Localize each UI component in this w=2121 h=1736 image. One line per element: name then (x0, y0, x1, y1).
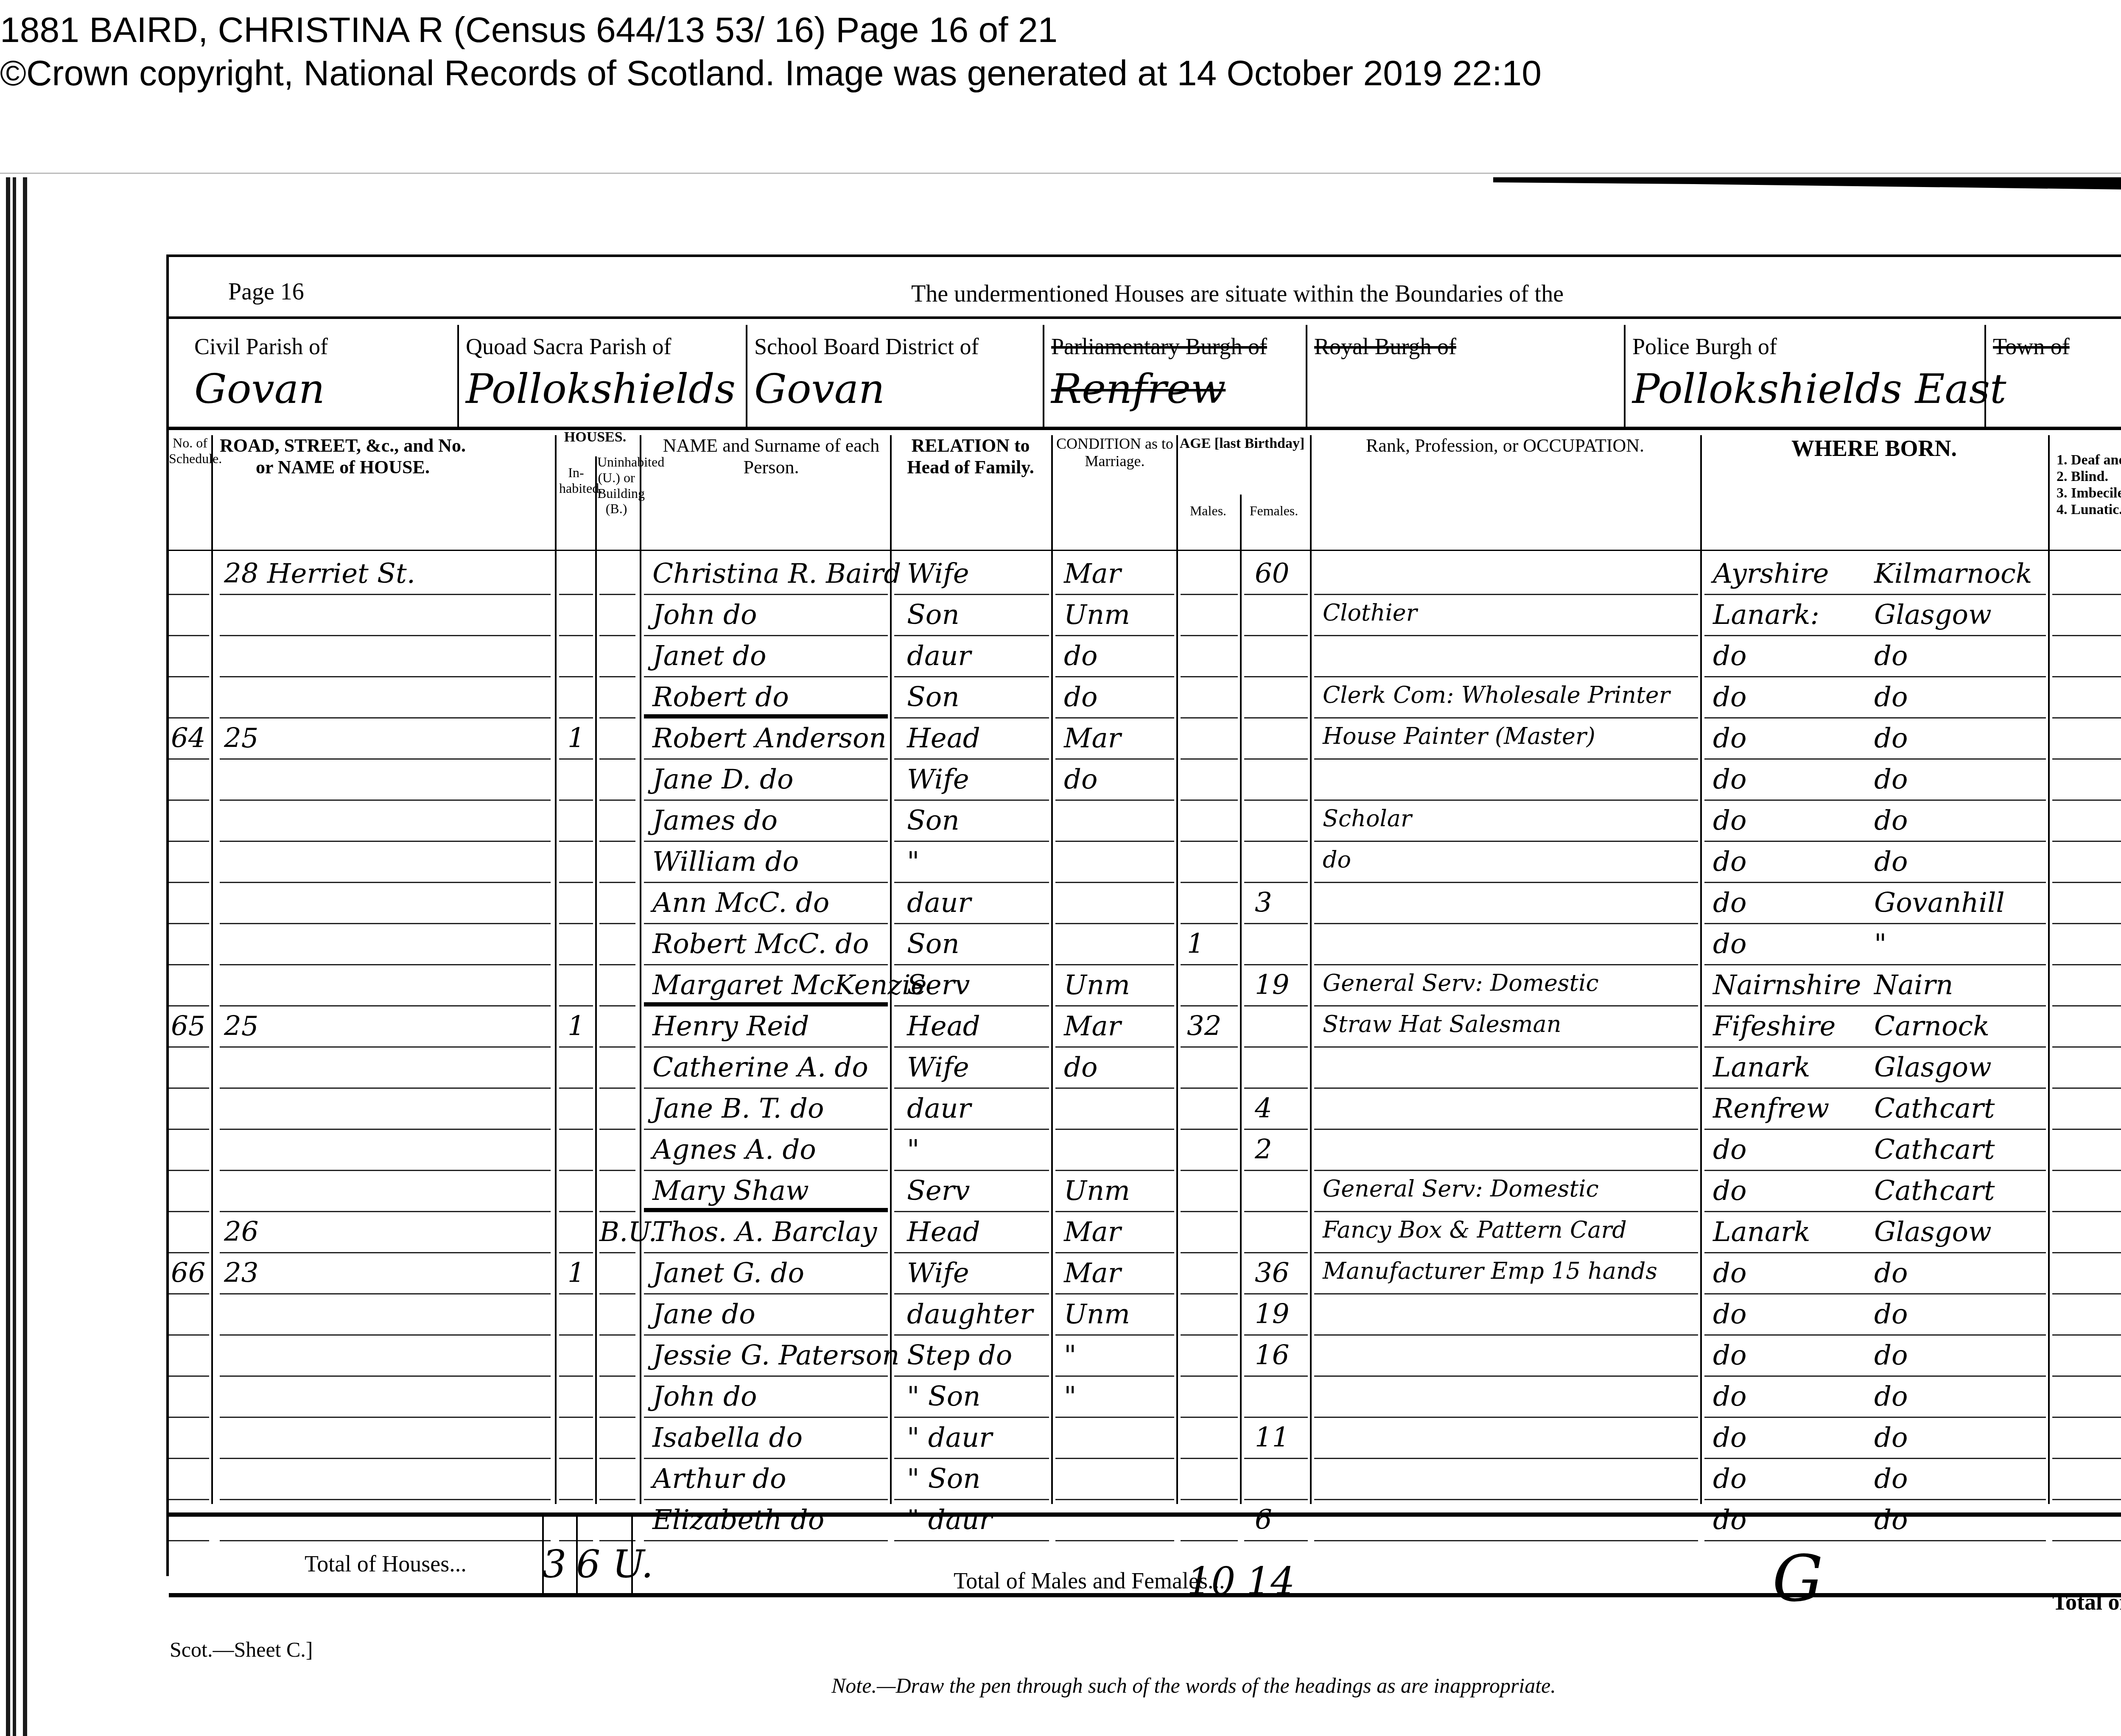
area-value: Govan (754, 365, 885, 413)
condition-cell: Mar (1064, 723, 1121, 754)
relation-cell: daughter (907, 1299, 1033, 1330)
address-cell: 25 (224, 723, 258, 754)
examiner-mark: G (1772, 1542, 1823, 1616)
born-county-cell: do (1713, 682, 1747, 713)
name-cell: Jane do (652, 1299, 756, 1330)
col-road: ROAD, STREET, &c., and No. or NAME of HO… (215, 435, 470, 550)
born-county-cell: do (1713, 1299, 1747, 1330)
born-parish-cell: Nairn (1874, 970, 1953, 1001)
table-row: Isabella do" daur11dodo (169, 1418, 2121, 1459)
born-parish-cell: " (1874, 928, 1886, 960)
table-row: 64251Robert AndersonHeadMarHouse Painter… (169, 718, 2121, 760)
female-age-cell: 2 (1255, 1134, 1272, 1166)
relation-cell: Wife (907, 558, 969, 590)
table-row: Agnes A. do"2doCathcart (169, 1130, 2121, 1171)
area-parliamentary-burgh-of: Parliamentary Burgh ofRenfrew (1051, 325, 1306, 427)
born-county-cell: Renfrew (1713, 1093, 1829, 1124)
relation-cell: Head (907, 723, 980, 754)
occupation-cell: Scholar (1323, 805, 1412, 832)
born-county-cell: do (1713, 1381, 1747, 1412)
table-row: 66231Janet G. doWifeMar36Manufacturer Em… (169, 1253, 2121, 1294)
address-cell: 23 (224, 1258, 258, 1289)
female-age-cell: 19 (1255, 970, 1289, 1001)
female-age-cell: 60 (1255, 558, 1289, 590)
page-label: Page 16 (228, 278, 304, 305)
condition-cell: Mar (1064, 1011, 1121, 1042)
name-cell: Arthur do (652, 1463, 786, 1495)
relation-cell: daur (907, 1093, 971, 1124)
born-parish-cell: do (1874, 764, 1908, 795)
born-parish-cell: do (1874, 805, 1908, 836)
area-value: Renfrew (1051, 365, 1226, 413)
whether-list: 1. Deaf and Dumb.2. Blind.3. Imbecile or… (2057, 452, 2121, 518)
col-rule (631, 1517, 633, 1593)
area-quoad-sacra-parish-of: Quoad Sacra Parish ofPollokshields (466, 325, 746, 427)
uninhabited-cell: B.U. (599, 1216, 657, 1248)
area-divider (1043, 325, 1044, 427)
female-age-cell: 19 (1255, 1299, 1289, 1330)
condition-cell: Unm (1064, 1299, 1130, 1330)
born-parish-cell: Govanhill (1874, 887, 2005, 919)
whether-item: 4. Lunatic. (2057, 501, 2121, 518)
born-parish-cell: do (1874, 1340, 1908, 1371)
relation-cell: " (907, 1134, 919, 1166)
born-parish-cell: Carnock (1874, 1011, 1989, 1042)
area-label: School Board District of (754, 333, 979, 360)
col-uninhabited: Uninhabited (U.) or Building (B.) (597, 454, 635, 569)
relation-cell: Serv (907, 1175, 970, 1207)
name-cell: Jane B. T. do (652, 1093, 824, 1124)
born-parish-cell: Glasgow (1874, 1052, 1992, 1083)
table-row: Ann McC. dodaur3doGovanhill (169, 883, 2121, 924)
name-cell: Janet do (652, 640, 766, 672)
relation-cell: Step do (907, 1340, 1012, 1371)
relation-cell: " (907, 846, 919, 878)
relation-cell: Son (907, 928, 960, 960)
area-civil-parish-of: Civil Parish ofGovan (194, 325, 457, 427)
whether-item: 1. Deaf and Dumb. (2057, 452, 2121, 468)
total-persons-label: Total of Males and Females... (954, 1568, 1225, 1594)
name-cell: Agnes A. do (652, 1134, 816, 1166)
table-row: Jessie G. PatersonStep do"16dodo (169, 1336, 2121, 1377)
name-cell: Robert do (652, 682, 789, 713)
table-row: Jane dodaughterUnm19dodo (169, 1294, 2121, 1336)
name-cell: Isabella do (652, 1422, 803, 1454)
name-cell: Jessie G. Paterson (652, 1340, 900, 1371)
table-row: Jane D. doWifedododo (169, 760, 2121, 801)
born-county-cell: Fifeshire (1713, 1011, 1836, 1042)
total-houses-inhabited: 3 (542, 1542, 566, 1587)
occupation-cell: Manufacturer Emp 15 hands (1323, 1258, 1657, 1284)
col-condition: CONDITION as to Marriage. (1055, 435, 1174, 550)
relation-cell: Serv (907, 970, 970, 1001)
female-age-cell: 3 (1255, 887, 1272, 919)
born-county-cell: do (1713, 1258, 1747, 1289)
relation-cell: Wife (907, 1258, 969, 1289)
area-school-board-district-of: School Board District ofGovan (754, 325, 1043, 427)
address-cell: 25 (224, 1011, 258, 1042)
page-binding-left (6, 177, 36, 1736)
born-county-cell: Ayrshire (1713, 558, 1829, 590)
name-cell: John do (652, 1381, 757, 1412)
born-parish-cell: Cathcart (1874, 1134, 1995, 1166)
name-cell: Henry Reid (652, 1011, 809, 1042)
table-row: John doSonUnmClothierLanark:Glasgow (169, 595, 2121, 636)
relation-cell: daur (907, 640, 971, 672)
born-parish-cell: do (1874, 682, 1908, 713)
area-divider (1624, 325, 1626, 427)
condition-cell: do (1064, 682, 1098, 713)
born-county-cell: Lanark: (1713, 599, 1819, 631)
schedule-cell: 66 (171, 1258, 205, 1289)
born-parish-cell: do (1874, 640, 1908, 672)
col-whether: Whether 1. Deaf and Dumb.2. Blind.3. Imb… (2057, 435, 2121, 550)
table-row: Robert doSondoClerk Com: Wholesale Print… (169, 677, 2121, 718)
area-label: Quoad Sacra Parish of (466, 333, 671, 360)
row-rule (644, 714, 888, 718)
table-row: Arthur do" Sondodo (169, 1459, 2121, 1500)
rule (169, 1593, 2121, 1597)
copyright-line: ©Crown copyright, National Records of Sc… (0, 55, 1542, 91)
page-fold-shadow (1493, 177, 2121, 194)
born-parish-cell: do (1874, 1422, 1908, 1454)
born-parish-cell: Cathcart (1874, 1175, 1995, 1207)
table-row: William do"dododo (169, 842, 2121, 883)
relation-cell: " daur (907, 1422, 992, 1454)
relation-cell: Wife (907, 764, 969, 795)
col-where-born: WHERE BORN. (1704, 435, 2044, 550)
name-cell: Ann McC. do (652, 887, 829, 919)
census-sheet: Page 16 The undermentioned Houses are si… (166, 254, 2121, 1576)
whether-title: Whether (2057, 435, 2121, 452)
area-police-burgh-of: Police Burgh ofPollokshields East (1632, 325, 1984, 427)
whether-item: 2. Blind. (2057, 468, 2121, 485)
occupation-cell: Straw Hat Salesman (1323, 1011, 1561, 1037)
condition-cell: Mar (1064, 1216, 1121, 1248)
born-parish-cell: do (1874, 1299, 1908, 1330)
col-relation: RELATION to Head of Family. (894, 435, 1047, 550)
relation-cell: " Son (907, 1463, 980, 1495)
area-value: Govan (194, 365, 325, 413)
area-royal-burgh-of: Royal Burgh of (1314, 325, 1628, 427)
header-divider (0, 173, 2121, 174)
table-row: Margaret McKenzieServUnm19General Serv: … (169, 965, 2121, 1006)
name-cell: Christina R. Baird (652, 558, 901, 590)
col-schedule: No. of Schedule. (169, 435, 211, 550)
female-age-cell: 4 (1255, 1093, 1272, 1124)
name-cell: Robert Anderson (652, 723, 887, 754)
born-county-cell: do (1713, 1422, 1747, 1454)
born-parish-cell: do (1874, 723, 1908, 754)
name-cell: Thos. A. Barclay (652, 1216, 877, 1248)
born-parish-cell: Glasgow (1874, 599, 1992, 631)
inhabited-cell: 1 (568, 1011, 585, 1042)
rule (169, 1512, 2121, 1517)
occupation-cell: General Serv: Domestic (1323, 970, 1599, 996)
form-note: Note.—Draw the pen through such of the w… (831, 1673, 1556, 1698)
area-label: Police Burgh of (1632, 333, 1777, 360)
relation-cell: Son (907, 682, 960, 713)
area-value: Pollokshields (466, 365, 736, 413)
occupation-cell: Clothier (1323, 599, 1417, 626)
area-label: Town of (1993, 333, 2070, 360)
condition-cell: Unm (1064, 599, 1130, 631)
born-parish-cell: Glasgow (1874, 1216, 1992, 1248)
name-cell: James do (652, 805, 778, 836)
relation-cell: Wife (907, 1052, 969, 1083)
rule (169, 427, 2121, 430)
born-parish-cell: Cathcart (1874, 1093, 1995, 1124)
condition-cell: " (1064, 1381, 1076, 1412)
name-cell: William do (652, 846, 799, 878)
condition-cell: " (1064, 1340, 1076, 1371)
table-row: Mary ShawServUnmGeneral Serv: Domesticdo… (169, 1171, 2121, 1212)
born-county-cell: Lanark (1713, 1052, 1810, 1083)
area-divider (1306, 325, 1307, 427)
area-town-of: Town of (1993, 325, 2121, 427)
born-county-cell: do (1713, 640, 1747, 672)
born-parish-cell: Kilmarnock (1874, 558, 2032, 590)
occupation-cell: do (1323, 846, 1351, 873)
occupation-cell: General Serv: Domestic (1323, 1175, 1599, 1202)
born-parish-cell: do (1874, 1381, 1908, 1412)
name-cell: Mary Shaw (652, 1175, 809, 1207)
sheet-label: Scot.—Sheet C.] (170, 1637, 313, 1662)
born-county-cell: Lanark (1713, 1216, 1810, 1248)
area-label: Royal Burgh of (1314, 333, 1456, 360)
born-county-cell: do (1713, 887, 1747, 919)
born-county-cell: do (1713, 1463, 1747, 1495)
row-rule (644, 1208, 888, 1212)
name-cell: Margaret McKenzie (652, 970, 927, 1001)
occupation-cell: Fancy Box & Pattern Card (1323, 1216, 1627, 1243)
schedule-cell: 64 (171, 723, 205, 754)
condition-cell: do (1064, 1052, 1098, 1083)
born-county-cell: do (1713, 1134, 1747, 1166)
area-label: Civil Parish of (194, 333, 328, 360)
table-row: Catherine A. doWifedoLanarkGlasgow (169, 1048, 2121, 1089)
condition-cell: do (1064, 640, 1098, 672)
female-age-cell: 36 (1255, 1258, 1289, 1289)
born-county-cell: do (1713, 1175, 1747, 1207)
total-houses-label: Total of Houses... (305, 1551, 467, 1577)
relation-cell: Son (907, 599, 960, 631)
condition-cell: Unm (1064, 1175, 1130, 1207)
relation-cell: " Son (907, 1381, 980, 1412)
situate-heading: The undermentioned Houses are situate wi… (911, 280, 1564, 308)
col-rule (576, 1517, 578, 1593)
name-cell: Robert McC. do (652, 928, 869, 960)
name-cell: Catherine A. do (652, 1052, 868, 1083)
col-name: NAME and Surname of each Person. (661, 435, 881, 550)
table-row: 65251Henry ReidHeadMar32Straw Hat Salesm… (169, 1006, 2121, 1048)
condition-cell: do (1064, 764, 1098, 795)
area-divider (746, 325, 747, 427)
name-cell: Jane D. do (652, 764, 793, 795)
area-divider (1984, 325, 1986, 427)
name-cell: John do (652, 599, 757, 631)
born-county-cell: do (1713, 846, 1747, 878)
table-row: John do" Son"dodo (169, 1377, 2121, 1418)
area-label: Parliamentary Burgh of (1051, 333, 1267, 360)
born-parish-cell: do (1874, 846, 1908, 878)
relation-cell: Head (907, 1216, 980, 1248)
name-cell: Janet G. do (652, 1258, 804, 1289)
female-age-cell: 16 (1255, 1340, 1289, 1371)
relation-cell: Son (907, 805, 960, 836)
born-county-cell: do (1713, 928, 1747, 960)
table-row: Janet dodaurdododo (169, 636, 2121, 677)
table-row: Robert McC. doSon1do" (169, 924, 2121, 965)
born-county-cell: do (1713, 805, 1747, 836)
born-county-cell: do (1713, 1340, 1747, 1371)
totals-row: Total of Houses... 3 6 U. Total of Males… (169, 1517, 2121, 1619)
relation-cell: daur (907, 887, 971, 919)
address-cell: 28 Herriet St. (224, 558, 415, 590)
table-row: Jane B. T. dodaur4RenfrewCathcart (169, 1089, 2121, 1130)
condition-cell: Mar (1064, 1258, 1121, 1289)
col-road-label: ROAD, STREET, &c., and No. or NAME of HO… (220, 435, 466, 478)
male-age-cell: 1 (1187, 928, 1204, 960)
male-age-cell: 32 (1187, 1011, 1221, 1042)
occupation-cell: Clerk Com: Wholesale Printer (1323, 682, 1670, 708)
born-county-cell: Nairnshire (1713, 970, 1861, 1001)
schedule-cell: 65 (171, 1011, 205, 1042)
born-parish-cell: do (1874, 1258, 1908, 1289)
female-age-cell: 11 (1255, 1422, 1289, 1454)
rule (169, 550, 2121, 551)
table-row: 26B.U.Thos. A. BarclayHeadMarFancy Box &… (169, 1212, 2121, 1253)
inhabited-cell: 1 (568, 723, 585, 754)
address-cell: 26 (224, 1216, 258, 1248)
condition-cell: Mar (1064, 558, 1121, 590)
col-houses: HOUSES. (559, 429, 631, 454)
rule (169, 316, 2121, 319)
area-divider (457, 325, 459, 427)
condition-cell: Unm (1064, 970, 1130, 1001)
relation-cell: Head (907, 1011, 980, 1042)
col-rule (542, 1517, 544, 1593)
area-value: Pollokshields East (1632, 365, 2006, 413)
row-rule (644, 1002, 888, 1006)
inhabited-cell: 1 (568, 1258, 585, 1289)
born-county-cell: do (1713, 723, 1747, 754)
occupation-cell: House Painter (Master) (1323, 723, 1595, 749)
record-title: 1881 BAIRD, CHRISTINA R (Census 644/13 5… (0, 12, 1058, 48)
total-houses-uninhabited: 6 U. (576, 1542, 653, 1587)
born-county-cell: do (1713, 764, 1747, 795)
col-occupation: Rank, Profession, or OCCUPATION. (1314, 435, 1696, 550)
table-row: 28 Herriet St.Christina R. BairdWifeMar6… (169, 554, 2121, 595)
born-parish-cell: do (1874, 1463, 1908, 1495)
table-row: James doSonScholardodo (169, 801, 2121, 842)
whether-item: 3. Imbecile or Idiot. (2057, 485, 2121, 501)
